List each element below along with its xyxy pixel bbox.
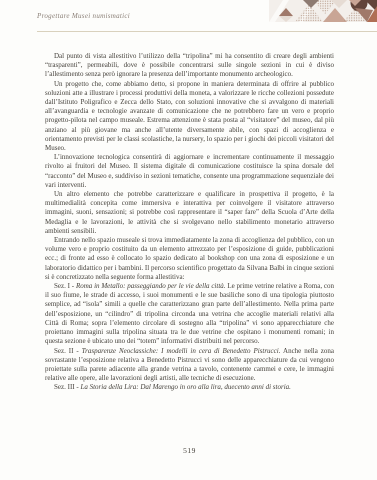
corner-ornament-image	[269, 0, 377, 22]
running-header: Progettare Musei numismatici	[37, 12, 130, 20]
section-label: Sez. I -	[54, 282, 76, 290]
paragraph: Un progetto che, come abbiamo detto, si …	[45, 80, 334, 154]
paragraph: Un altro elemento che potrebbe caratteri…	[45, 190, 334, 236]
paragraph: Dal punto di vista allestitivo l’utilizz…	[45, 52, 334, 80]
section-title: La Storia della Lira: Dal Marengo in oro…	[80, 383, 290, 391]
section-paragraph: Sez. II - Trasparenze Neoclassiche: I mo…	[45, 347, 334, 384]
section-paragraph: Sez. I - Roma in Metallo: passeggiando p…	[45, 282, 334, 346]
paragraph: Entrando nello spazio museale si trova i…	[45, 236, 334, 282]
body-text: Dal punto di vista allestitivo l’utilizz…	[45, 52, 334, 393]
section-title: Roma in Metallo: passeggiando per le vie…	[76, 282, 226, 290]
header-rule	[37, 31, 377, 32]
book-page: Progettare Musei numismatici Dal	[0, 0, 377, 480]
page-number: 519	[45, 446, 334, 455]
section-paragraph: Sez. III - La Storia della Lira: Dal Mar…	[45, 383, 334, 392]
section-label: Sez. II -	[54, 347, 82, 355]
paragraph: L’innovazione tecnologica consentirà di …	[45, 153, 334, 190]
section-text: Le prime vetrine relative a Roma, con il…	[45, 282, 334, 345]
section-title: Trasparenze Neoclassiche: I modelli in c…	[82, 347, 281, 355]
section-label: Sez. III -	[54, 383, 80, 391]
